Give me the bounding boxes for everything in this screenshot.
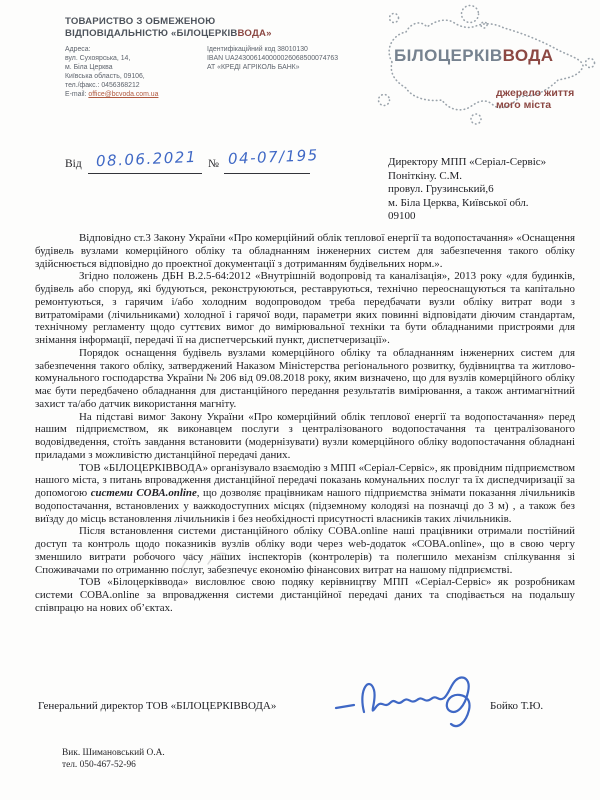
recipient-title: Директору МПП «Серіал-Сервіс» xyxy=(388,156,588,170)
address-line: Київська область, 09106, xyxy=(65,72,200,81)
paragraph-4: На підставі вимог Закону України «Про ко… xyxy=(35,411,575,462)
bank-name: АТ «КРЕДІ АГРІКОЛЬ БАНК» xyxy=(207,63,382,72)
company-name: ТОВАРИСТВО З ОБМЕЖЕНОЮ ВІДПОВІДАЛЬНІСТЮ … xyxy=(65,16,365,40)
pencil-mark xyxy=(168,538,248,578)
recipient-city: м. Біла Церква, Київської обл. xyxy=(388,197,588,211)
iban: IBAN UA243006140000026068500074763 xyxy=(207,54,382,63)
handwritten-number: 04-07/195 xyxy=(228,146,319,168)
address-line: тел./факс.: 0456368212 xyxy=(65,81,200,90)
logo-tagline: джерело життя мого міста xyxy=(496,88,574,111)
logo-wordmark-prefix: БІЛОЦЕРКІВ xyxy=(394,46,503,65)
email-line: E-mail: office@bcvoda.com.ua xyxy=(65,90,200,99)
date-underline xyxy=(88,172,202,174)
logo-wordmark: БІЛОЦЕРКІВВОДА xyxy=(394,46,553,66)
handwritten-date: 08.06.2021 xyxy=(96,148,198,170)
email-address: office@bcvoda.com.ua xyxy=(88,91,158,98)
registration-block: Ідентифікаційний код 38010130 IBAN UA243… xyxy=(207,45,382,72)
paragraph-6: Після встановлення системи дистанційного… xyxy=(35,525,575,576)
executor-phone: тел. 050-467-52-96 xyxy=(62,760,165,772)
sova-online-emphasis: системи СОВА.online xyxy=(91,487,197,499)
city-outline-icon xyxy=(372,2,598,136)
ref-from-label: Від xyxy=(65,158,82,170)
logo-wordmark-accent: ВОДА xyxy=(503,46,554,65)
paragraph-2: Згідно положень ДБН В.2.5-64:2012 «Внутр… xyxy=(35,270,575,347)
company-name-line1: ТОВАРИСТВО З ОБМЕЖЕНОЮ xyxy=(65,16,365,28)
ref-number-label: № xyxy=(208,158,219,170)
executor-name: Вик. Шимановський О.А. xyxy=(62,748,165,760)
recipient-name: Поніткіну. С.М. xyxy=(388,170,588,184)
number-underline xyxy=(224,172,310,174)
letter-body: Відповідно ст.3 Закону України «Про коме… xyxy=(35,232,575,615)
signature xyxy=(330,670,490,732)
address-line: м. Біла Церква xyxy=(65,63,200,72)
identification-code: Ідентифікаційний код 38010130 xyxy=(207,45,382,54)
paragraph-1: Відповідно ст.3 Закону України «Про коме… xyxy=(35,232,575,270)
paragraph-3: Порядок оснащення будівель вузлами комер… xyxy=(35,347,575,411)
signoff-position-title: Генеральний директор ТОВ «БІЛОЦЕРКІВВОДА… xyxy=(38,700,276,712)
signer-name: Бойко Т.Ю. xyxy=(490,700,543,712)
paragraph-5: ТОВ «БІЛОЦЕРКІВВОДА» організувало взаємо… xyxy=(35,462,575,526)
address-line: вул. Сухоярська, 14, xyxy=(65,54,200,63)
recipient-postcode: 09100 xyxy=(388,210,588,224)
company-name-accent: ВОДА» xyxy=(238,28,272,39)
address-block: Адреса: вул. Сухоярська, 14, м. Біла Цер… xyxy=(65,45,200,99)
company-name-line2: ВІДПОВІДАЛЬНІСТЮ «БІЛОЦЕРКІВВОДА» xyxy=(65,28,365,40)
executor-block: Вик. Шимановський О.А. тел. 050-467-52-9… xyxy=(62,748,165,772)
recipient-street: провул. Грузинський,6 xyxy=(388,183,588,197)
recipient-block: Директору МПП «Серіал-Сервіс» Поніткіну.… xyxy=(388,156,588,224)
paragraph-7: ТОВ «Білоцерківвода» висловлює свою подя… xyxy=(35,576,575,614)
company-logo: БІЛОЦЕРКІВВОДА джерело життя мого міста xyxy=(372,2,598,136)
address-label: Адреса: xyxy=(65,45,200,54)
